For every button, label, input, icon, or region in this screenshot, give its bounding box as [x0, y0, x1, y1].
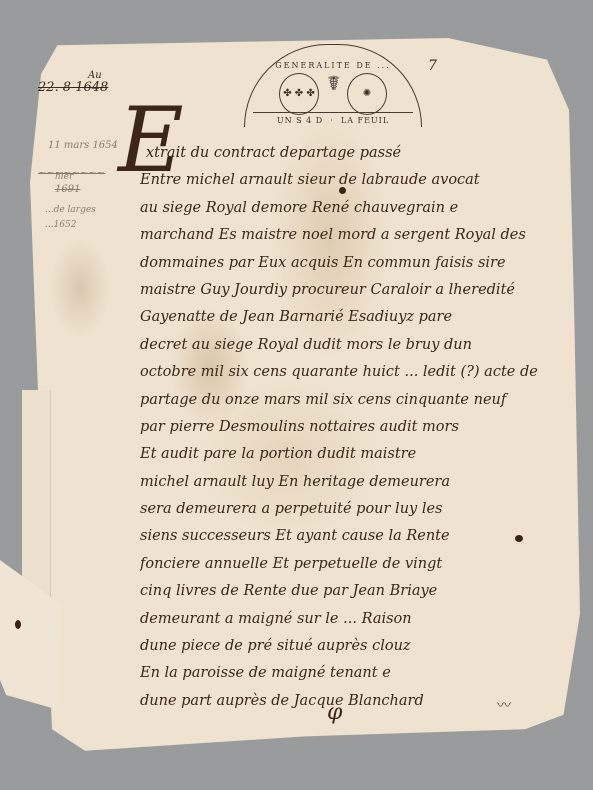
stamp-arc-text: GENERALITE DE ... [245, 61, 421, 70]
ink-blot [339, 187, 346, 194]
body-line-8: decret au siege Royal dudit mors le bruy… [140, 332, 580, 359]
body-line-16: fonciere annuelle Et perpetuelle de ving… [140, 551, 580, 578]
body-line-6: maistre Guy Jourdiy procureur Caraloir a… [140, 277, 580, 304]
margin-note-faded-2: ...1652 [45, 220, 77, 230]
ink-paraph: 〰 [497, 695, 511, 715]
body-line-4: marchand Es maistre noel mord a sergent … [140, 222, 580, 249]
body-line-21: dune part auprès de Jacque Blanchard [140, 688, 580, 715]
body-line-5: dommaines par Eux acquis En commun faisi… [140, 250, 580, 277]
caduceus-icon: ☤ [327, 71, 340, 95]
margin-note-march: 11 mars 1654 [48, 140, 118, 151]
stamp-sheet: LA FEUIL [341, 116, 389, 125]
document-body: xtrait du contract departage passé Entre… [140, 140, 580, 715]
body-line-14: sera demeurera a perpetuité pour luy les [140, 496, 580, 523]
margin-note-faded-1: ...de larges [45, 205, 96, 215]
body-line-17: cinq livres de Rente due par Jean Briaye [140, 578, 580, 605]
margin-note-hier: hier [55, 172, 73, 182]
body-line-10: partage du onze mars mil six cens cinqua… [140, 387, 580, 414]
margin-note-date: 22. 8 1648 [38, 80, 108, 95]
hole [15, 620, 21, 629]
closing-mark: φ [327, 700, 342, 725]
body-line-7: Gayenatte de Jean Barnarié Esadiuyz pare [140, 304, 580, 331]
body-line-20: En la paroisse de maigné tenant e [140, 660, 580, 687]
body-line-13: michel arnault luy En heritage demeurera [140, 469, 580, 496]
body-line-11: par pierre Desmoulins nottaires audit mo… [140, 414, 580, 441]
stamp-mark: 7 [428, 58, 437, 74]
stamp-lower-band: UN S 4 D · LA FEUIL [253, 112, 413, 125]
body-line-15: siens successeurs Et ayant cause la Rent… [140, 523, 580, 550]
body-line-19: dune piece de pré situé auprès clouz [140, 633, 580, 660]
body-line-3: au siege Royal demore René chauvegrain e [140, 195, 580, 222]
body-line-18: demeurant a maigné sur le ... Raison [140, 606, 580, 633]
stamp-price: UN S 4 D [277, 116, 323, 125]
fleur-de-lis-shield-icon: ✤ ✤ ✤ [279, 73, 319, 115]
body-line-1: xtrait du contract departage passé [140, 140, 580, 167]
body-line-2: Entre michel arnault sieur de labraude a… [140, 167, 580, 194]
body-line-12: Et audit pare la portion dudit maistre [140, 441, 580, 468]
margin-note-year: 1691 [55, 184, 80, 195]
body-line-9: octobre mil six cens quarante huict ... … [140, 359, 580, 386]
wheel-emblem-icon: ✺ [347, 73, 387, 115]
ink-blot [515, 535, 523, 542]
